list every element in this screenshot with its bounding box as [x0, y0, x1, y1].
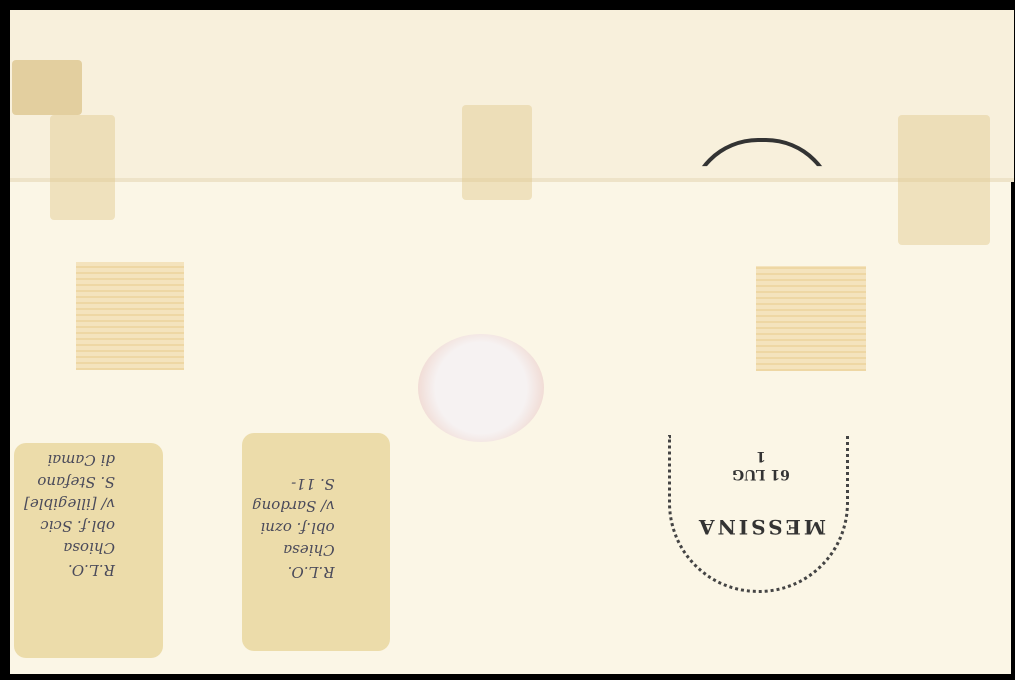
label-text: R.L.O. Chiosa obl.f. Scic v/ [illegible]… — [24, 449, 115, 581]
label-text: R.L.O. Chiesa obl.f. ozni v/ Sardong S. … — [252, 473, 335, 583]
stain — [50, 115, 115, 220]
hinge-mark — [756, 266, 866, 371]
postmark-town: MESSINA — [681, 515, 841, 539]
certificate-label-1: R.L.O. Chiosa obl.f. Scic v/ [illegible]… — [14, 443, 163, 658]
stain — [462, 105, 532, 200]
wax-seal — [418, 334, 544, 442]
certificate-label-2: R.L.O. Chiesa obl.f. ozni v/ Sardong S. … — [242, 433, 390, 651]
postmark-date: 61 LUG 1 — [731, 447, 791, 483]
hinge-mark — [76, 262, 184, 370]
stain — [898, 115, 990, 245]
stain — [12, 60, 82, 115]
